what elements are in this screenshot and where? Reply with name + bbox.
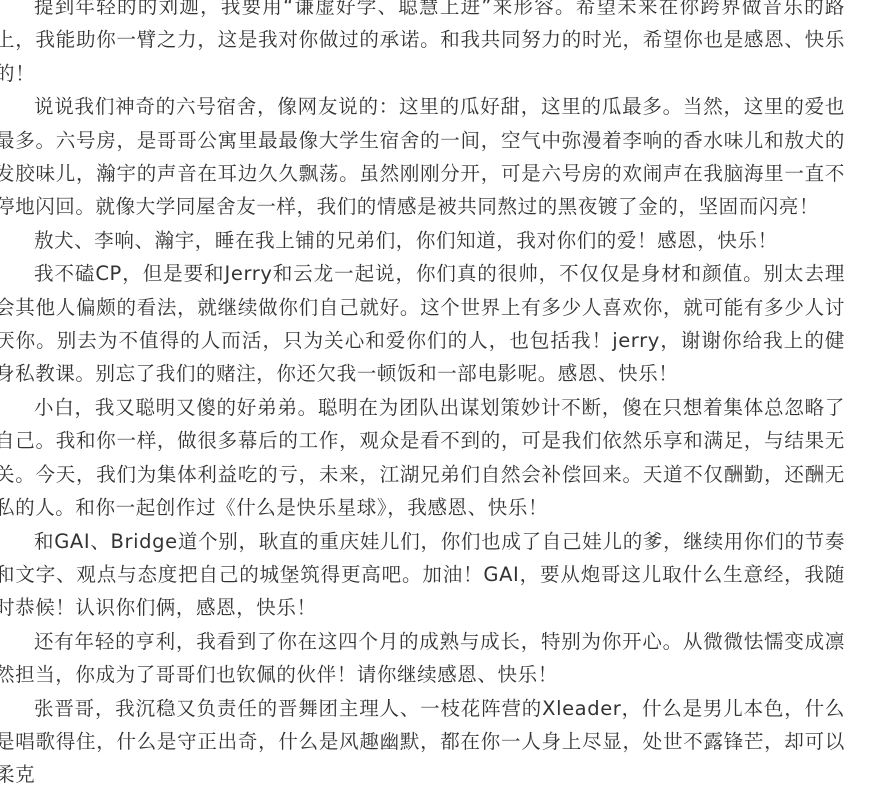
article-body: 提到年轻的的刘迦，我要用“谦虚好学、聪慧上进”来形容。希望未来在你跨界做音乐的路… xyxy=(0,0,845,721)
paragraph-jerry-yunlong: 我不磕CP，但是要和Jerry和云龙一起说，你们真的很帅，不仅仅是身材和颜值。别… xyxy=(0,257,845,391)
paragraph-xiaobai: 小白，我又聪明又傻的好弟弟。聪明在为团队出谋划策妙计不断，傻在只想着集体总忽略了… xyxy=(0,391,845,525)
paragraph-liujia: 提到年轻的的刘迦，我要用“谦虚好学、聪慧上进”来形容。希望未来在你跨界做音乐的路… xyxy=(0,0,845,90)
paragraph-henry: 还有年轻的亨利，我看到了你在这四个月的成熟与成长，特别为你开心。从微微怯懦变成凛… xyxy=(0,625,845,692)
paragraph-zhangjin: 张晋哥，我沉稳又负责任的晋舞团主理人、一枝花阵营的Xleader，什么是男儿本色… xyxy=(0,692,845,721)
paragraph-gai-bridge: 和GAI、Bridge道个别，耿直的重庆娃儿们，你们也成了自己娃儿的爹，继续用你… xyxy=(0,525,845,625)
paragraph-roommates: 敖犬、李响、瀚宇，睡在我上铺的兄弟们，你们知道，我对你们的爱！感恩，快乐！ xyxy=(0,224,845,257)
paragraph-dorm-six: 说说我们神奇的六号宿舍，像网友说的：这里的瓜好甜，这里的瓜最多。当然，这里的爱也… xyxy=(0,90,845,224)
